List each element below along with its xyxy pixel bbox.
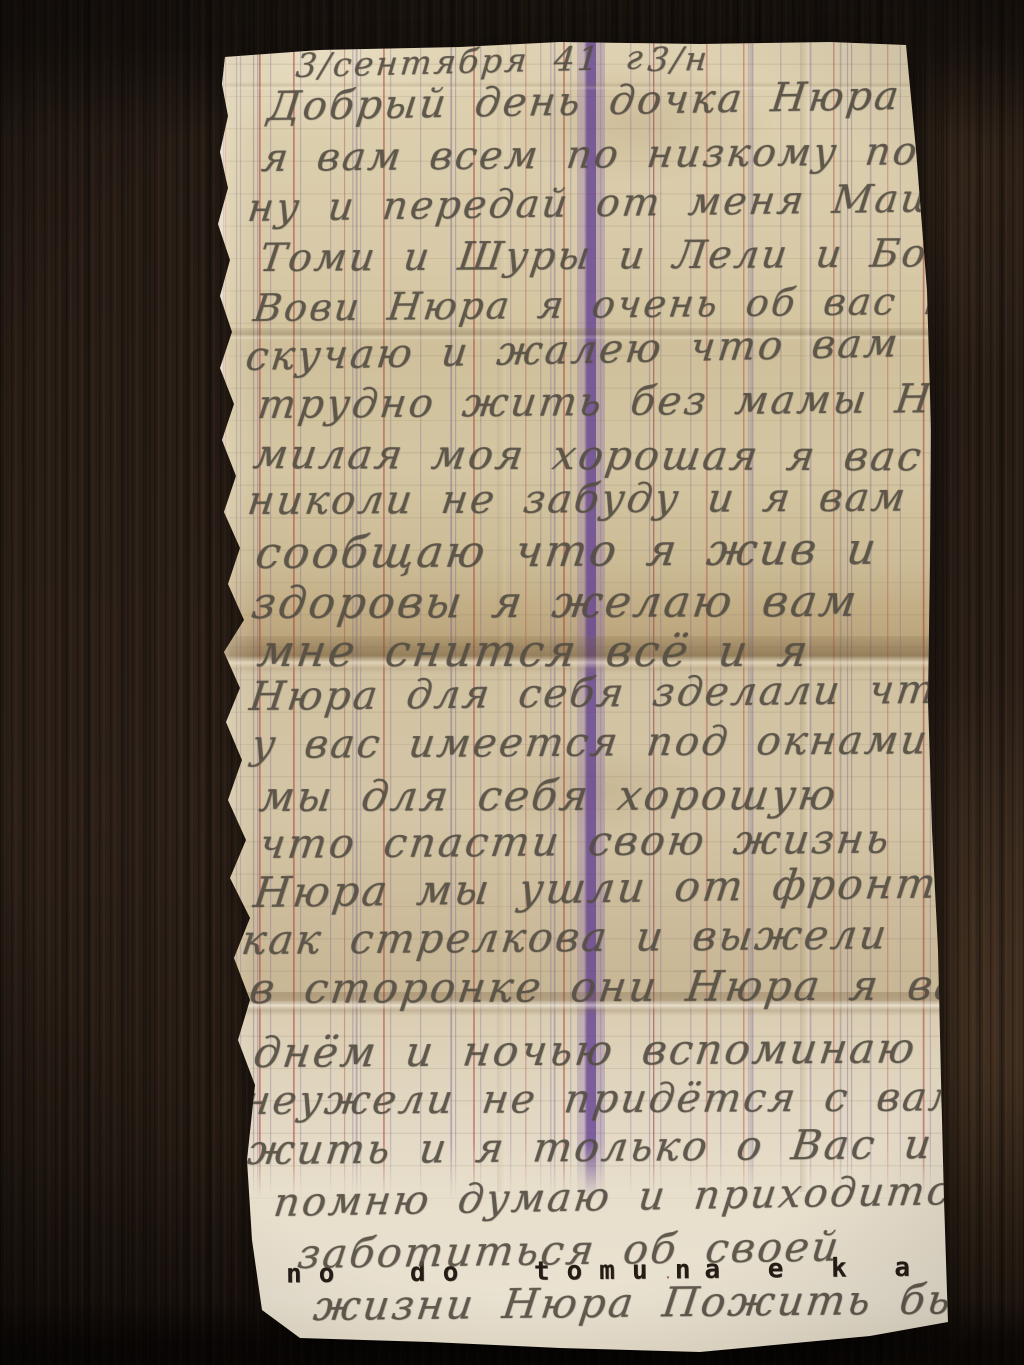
handwriting-line: я вам всем по низкому покло= <box>259 128 1024 181</box>
handwriting-line: здоровы я желаю вам <box>249 576 862 629</box>
handwriting-line: Нюра мы ушли от фронта <box>251 858 969 917</box>
handwriting-line: у вас имеется под окнами <box>249 717 932 768</box>
handwritten-text-block: 3/сентября 41 г 3/н Добрый день дочка Ню… <box>0 0 1024 1365</box>
handwriting-line: николи не забуду и я вам <box>245 475 910 524</box>
letter-paper: no do tomu na e k a 3/сентября 41 г 3/н … <box>0 0 1024 1365</box>
handwriting-line: жизни Нюра Пожить бы <box>311 1275 967 1330</box>
handwriting-line: помню думаю и приходится <box>271 1168 984 1226</box>
handwriting-line: днём и ночью вспоминаю <box>251 1023 920 1077</box>
handwriting-line: как стрелкова и выжели <box>239 910 892 964</box>
handwriting-line: скучаю и жалею что вам <box>243 320 902 380</box>
handwriting-line: Нюра для себя зделали что <box>247 666 966 720</box>
photo-of-letter: no do tomu na e k a 3/сентября 41 г 3/н … <box>0 0 1024 1365</box>
handwriting-line: заботиться об своей <box>295 1222 844 1278</box>
handwriting-line: сообщаю что я жив и <box>253 524 882 579</box>
handwriting-line: жить и я только о Вас и <box>245 1120 937 1174</box>
handwriting-line: ну и передай от меня Маши и <box>245 175 1024 231</box>
date-line-right: 3/н <box>646 39 711 79</box>
paper-shadow: no do tomu na e k a 3/сентября 41 г 3/н … <box>0 0 1024 1365</box>
handwriting-line: Вови Нюра я очень об вас крепко <box>251 277 1024 330</box>
handwriting-line: в сторонке они Нюра я вас <box>247 960 992 1013</box>
handwriting-line: милая моя хорошая я вас <box>251 430 927 480</box>
handwriting-line: неужели не придётся с вами <box>241 1074 996 1124</box>
handwriting-line: трудно жить без мамы Нюра <box>255 375 1024 428</box>
handwriting-line: Томи и Шуры и Лели и Бори и <box>257 231 1024 281</box>
handwriting-line: мы для себя хорошую <box>257 770 842 821</box>
